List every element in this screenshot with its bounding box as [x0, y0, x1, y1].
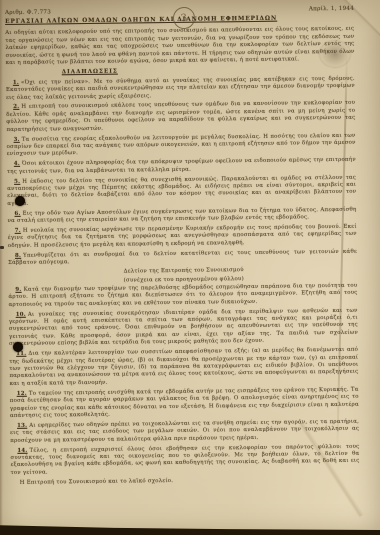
ink-speck	[0, 246, 4, 249]
paragraph: Η Επιτροπή του Συνοικισμού και το λαϊκό …	[11, 475, 360, 487]
paragraph-text: Δελτίον της Επιτροπής του Συνοικισμού	[124, 267, 244, 274]
paragraph-text: «Όχι εις την πείναν». Με το σύνθημα αυτό…	[6, 75, 355, 100]
typewritten-content: Αριθμ. Φ.7.773 Απρίλ. 1, 1944 ΕΡΓΑΣΙΑΙ Λ…	[5, 6, 360, 490]
paragraph-text: Όσοι κάτοικοι έχουν πληροφορίας δια την …	[7, 157, 356, 175]
paragraph-text: Αι γυναίκες της συνοικίας συνεκρότησαν ι…	[9, 307, 358, 347]
paragraph-text: Η επιτροπή του συνοικισμού εκάλεσε τους …	[6, 100, 355, 132]
paragraph-lead: 10.	[16, 311, 26, 317]
paragraph-text: Το ταμείον της επιτροπής ενισχύθη κατά τ…	[10, 386, 359, 418]
paragraph-text: Αι εφημερίδες των οδηγών πρέπει να τοιχο…	[10, 419, 359, 444]
paragraph-lead: 1.	[13, 80, 19, 86]
paragraph: 10.Αι γυναίκες της συνοικίας συνεκρότησα…	[9, 307, 358, 348]
paragraph-lead: 7.	[15, 228, 21, 234]
paragraph: 6.Εις την οδόν των Αγίων Αποστόλων έγινε…	[7, 206, 356, 225]
paragraph-text: Η Επιτροπή του Συνοικισμού και το λαϊκό …	[20, 478, 174, 486]
paragraph: 14.Τέλος, η επιτροπή ευχαριστεί όλους όσ…	[10, 443, 359, 477]
paragraph: 7.Η νεολαία της συνοικίας ωργάνωσε την π…	[8, 224, 357, 250]
body-paragraphs: 1.«Όχι εις την πείναν». Με το σύνθημα αυ…	[6, 75, 360, 487]
paragraph-lead: 12.	[17, 390, 27, 396]
date-line: Απρίλ. 1, 1944	[309, 6, 354, 14]
paragraph: 1.«Όχι εις την πείναν». Με το σύνθημα αυ…	[6, 75, 355, 101]
paragraph-lead: 4.	[14, 161, 20, 167]
paragraph-text: Η έκδοσις του δελτίου της συνοικίας θα σ…	[7, 174, 356, 206]
paragraph: 12.Το ταμείον της επιτροπής ενισχύθη κατ…	[10, 386, 359, 420]
hole-punch-top	[15, 196, 25, 206]
paragraph-lead: 5.	[14, 178, 20, 184]
paragraph-lead: 2.	[13, 104, 19, 110]
paragraph: 3.Τα συσσίτια της ενορίας εξακολουθούν ν…	[7, 132, 356, 158]
paragraph-lead: 9.	[15, 287, 21, 293]
paragraph-lead: 14.	[17, 447, 27, 453]
paragraph-lead: 13.	[17, 423, 27, 429]
paragraph-text: Η νεολαία της συνοικίας ωργάνωσε την περ…	[8, 224, 357, 249]
paragraph: 2.Η επιτροπή του συνοικισμού εκάλεσε του…	[6, 100, 355, 134]
section-heading: ΔΙΑΔΗΛΩΣΕΙΣ	[62, 69, 118, 77]
paragraph-text: Τα συσσίτια της ενορίας εξακολουθούν να …	[7, 132, 356, 157]
paragraph-text: (συνέχεια εκ του προηγουμένου φύλλου)	[124, 276, 244, 283]
paragraph-text: Δια την καλυτέραν λειτουργίαν των συσσιτ…	[9, 347, 358, 387]
paragraph-lead: 8.	[15, 253, 21, 259]
hole-punch-bottom	[13, 342, 23, 352]
paper-left-edge	[0, 0, 3, 535]
paragraph: 9.Κατά την διανομήν των τροφίμων της παρ…	[8, 283, 357, 309]
paragraph-text: Υπενθυμίζεται ότι αι συνδρομαί δια το δε…	[8, 248, 357, 266]
document-scan: Αριθμ. Φ.7.773 Απρίλ. 1, 1944 ΕΡΓΑΣΙΑΙ Λ…	[0, 0, 380, 535]
paragraph-lead: 6.	[14, 211, 20, 217]
paragraph-lead: 3.	[14, 136, 20, 142]
paragraph-text: Τέλος, η επιτροπή ευχαριστεί όλους όσοι …	[10, 443, 359, 475]
paragraph: 4.Όσοι κάτοικοι έχουν πληροφορίας δια τη…	[7, 157, 356, 176]
paragraph-text: Κατά την διανομήν των τροφίμων της παρελ…	[8, 283, 357, 308]
reference-number: Αριθμ. Φ.7.773	[5, 9, 51, 17]
paragraph: 13.Αι εφημερίδες των οδηγών πρέπει να το…	[10, 419, 359, 445]
paragraph-text: Εις την οδόν των Αγίων Αποστόλων έγινε σ…	[8, 206, 357, 224]
paragraph: 5.Η έκδοσις του δελτίου της συνοικίας θα…	[7, 174, 356, 208]
intro-paragraph: Αι οδηγίαι αύται κυκλοφορούν υπό της επι…	[5, 26, 354, 67]
paragraph: 11.Δια την καλυτέραν λειτουργίαν των συσ…	[9, 347, 358, 388]
paragraph: 8.Υπενθυμίζεται ότι αι συνδρομαί δια το …	[8, 248, 357, 267]
